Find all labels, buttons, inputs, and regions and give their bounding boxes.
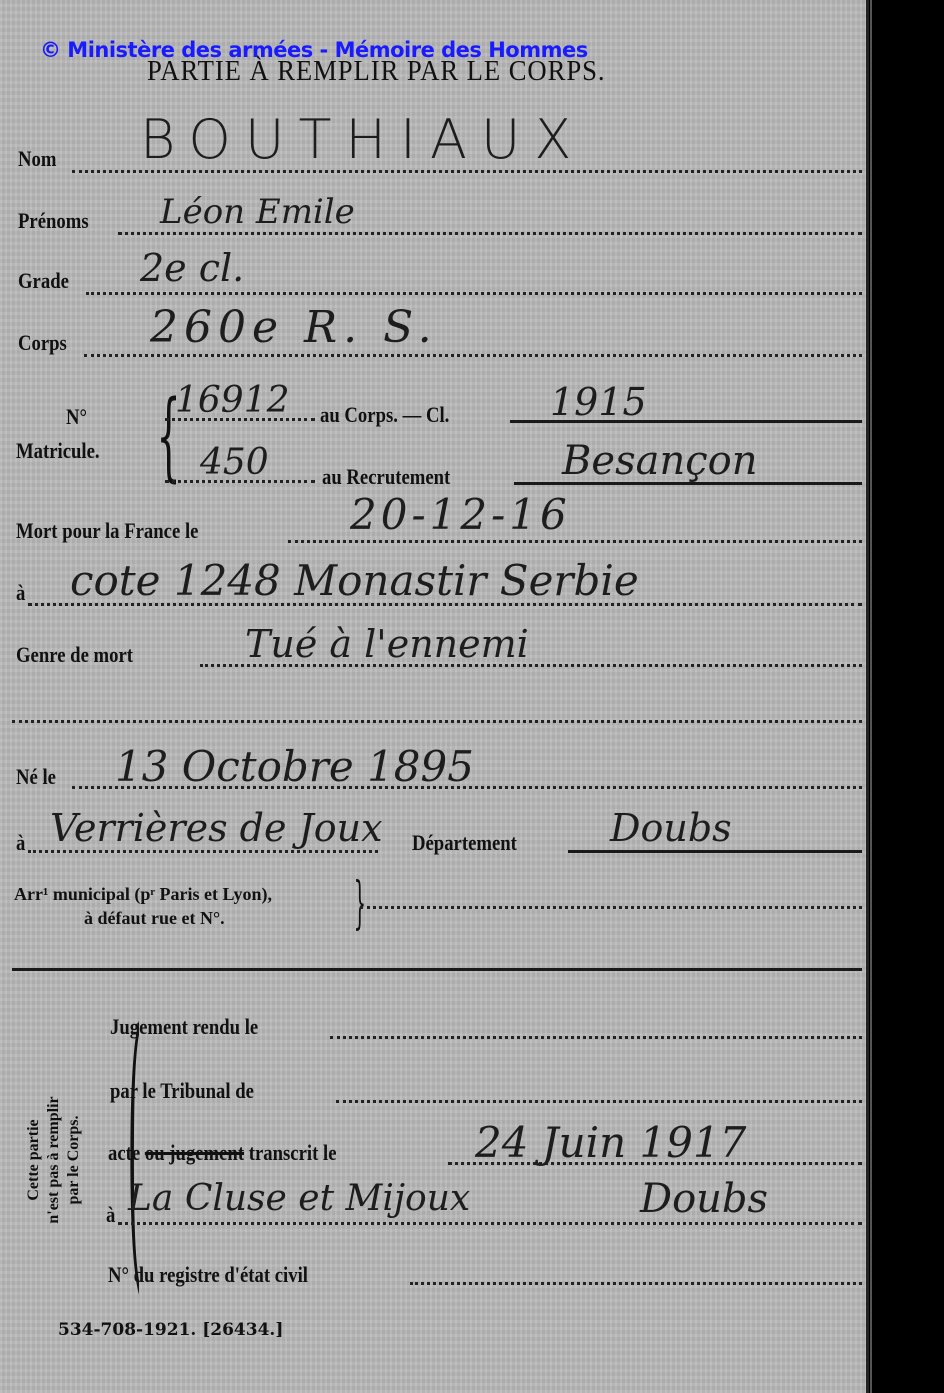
recrutement-place: Besançon <box>562 438 757 484</box>
genre-mort-value: Tué à l'ennemi <box>245 622 529 666</box>
lieu-naissance-value: Verrières de Joux <box>50 806 383 850</box>
copyright-watermark: © Ministère des armées - Mémoire des Hom… <box>40 38 588 62</box>
mort-label: Mort pour la France le <box>16 518 198 544</box>
lieu-mort-value: cote 1248 Monastir Serbie <box>70 556 639 605</box>
card-edge <box>866 0 869 1393</box>
tribunal-label: par le Tribunal de <box>110 1078 254 1104</box>
mort-value: 20-12-16 <box>350 490 571 539</box>
acte-lieu-value: La Cluse et Mijoux <box>128 1178 470 1219</box>
acte-lieu-label: à <box>106 1202 115 1228</box>
lieu-naissance-line <box>28 850 378 853</box>
matricule-corps-value: 16912 <box>175 380 290 421</box>
prenoms-line <box>118 232 862 235</box>
card-edge-inner <box>870 0 872 1393</box>
arrondissement-line <box>360 906 862 909</box>
departement-line <box>568 850 862 853</box>
side-note-line-2: n'est pas à remplir <box>44 1096 64 1223</box>
side-note: Cette partie n'est pas à remplir par le … <box>4 1040 104 1280</box>
registre-line <box>410 1282 862 1285</box>
prenoms-value: Léon Emile <box>160 192 355 232</box>
side-note-line-1: Cette partie <box>24 1096 44 1223</box>
grade-label: Grade <box>18 268 69 294</box>
grade-line <box>86 292 862 295</box>
side-note-line-3: par le Corps. <box>64 1096 84 1223</box>
genre-mort-label: Genre de mort <box>16 642 133 668</box>
nom-value: BOUTHIAUX <box>140 108 585 171</box>
transcrit-label: transcrit le <box>249 1140 337 1165</box>
matricule-corps-label: au Corps. — Cl. <box>320 402 449 428</box>
lieu-naissance-label: à <box>16 830 25 856</box>
blank-line <box>12 720 862 723</box>
corps-value: 260e R. S. <box>150 302 438 353</box>
nom-label: Nom <box>18 146 56 172</box>
acte-lieu-dept: Doubs <box>640 1176 768 1222</box>
grade-value: 2e cl. <box>140 246 244 290</box>
departement-value: Doubs <box>610 806 732 850</box>
ne-le-value: 13 Octobre 1895 <box>115 742 474 791</box>
arrondissement-label-1: Arr¹ municipal (pʳ Paris et Lyon), <box>14 884 272 905</box>
acte-label: acte <box>108 1140 140 1165</box>
transcrit-value: 24 Juin 1917 <box>475 1118 746 1167</box>
jugement-rendu-label: Jugement rendu le <box>110 1014 258 1040</box>
acte-lieu-line <box>118 1222 862 1225</box>
corps-line <box>84 354 862 357</box>
footer-code: 534-708-1921. [26434.] <box>58 1320 283 1340</box>
tribunal-line <box>336 1100 862 1103</box>
arrondissement-label-2: à défaut rue et N°. <box>84 908 225 929</box>
ne-le-label: Né le <box>16 764 56 790</box>
acte-label-row: acte ou jugement transcrit le <box>108 1140 336 1166</box>
matricule-recrutement-value: 450 <box>200 442 269 483</box>
classe-value: 1915 <box>550 380 647 424</box>
lieu-mort-label: à <box>16 580 25 606</box>
recrutement-label: au Recrutement <box>322 464 450 490</box>
departement-label: Département <box>412 830 517 856</box>
registre-label: N° du registre d'état civil <box>108 1262 308 1288</box>
matricule-label: Matricule. <box>16 438 100 464</box>
acte-struck-text: ou jugement <box>145 1140 244 1165</box>
mort-line <box>288 540 862 543</box>
matricule-no-label: N° <box>66 404 87 430</box>
arrondissement-brace: } <box>354 876 366 932</box>
jugement-rendu-line <box>330 1036 862 1039</box>
prenoms-label: Prénoms <box>18 208 89 234</box>
corps-label: Corps <box>18 330 67 356</box>
